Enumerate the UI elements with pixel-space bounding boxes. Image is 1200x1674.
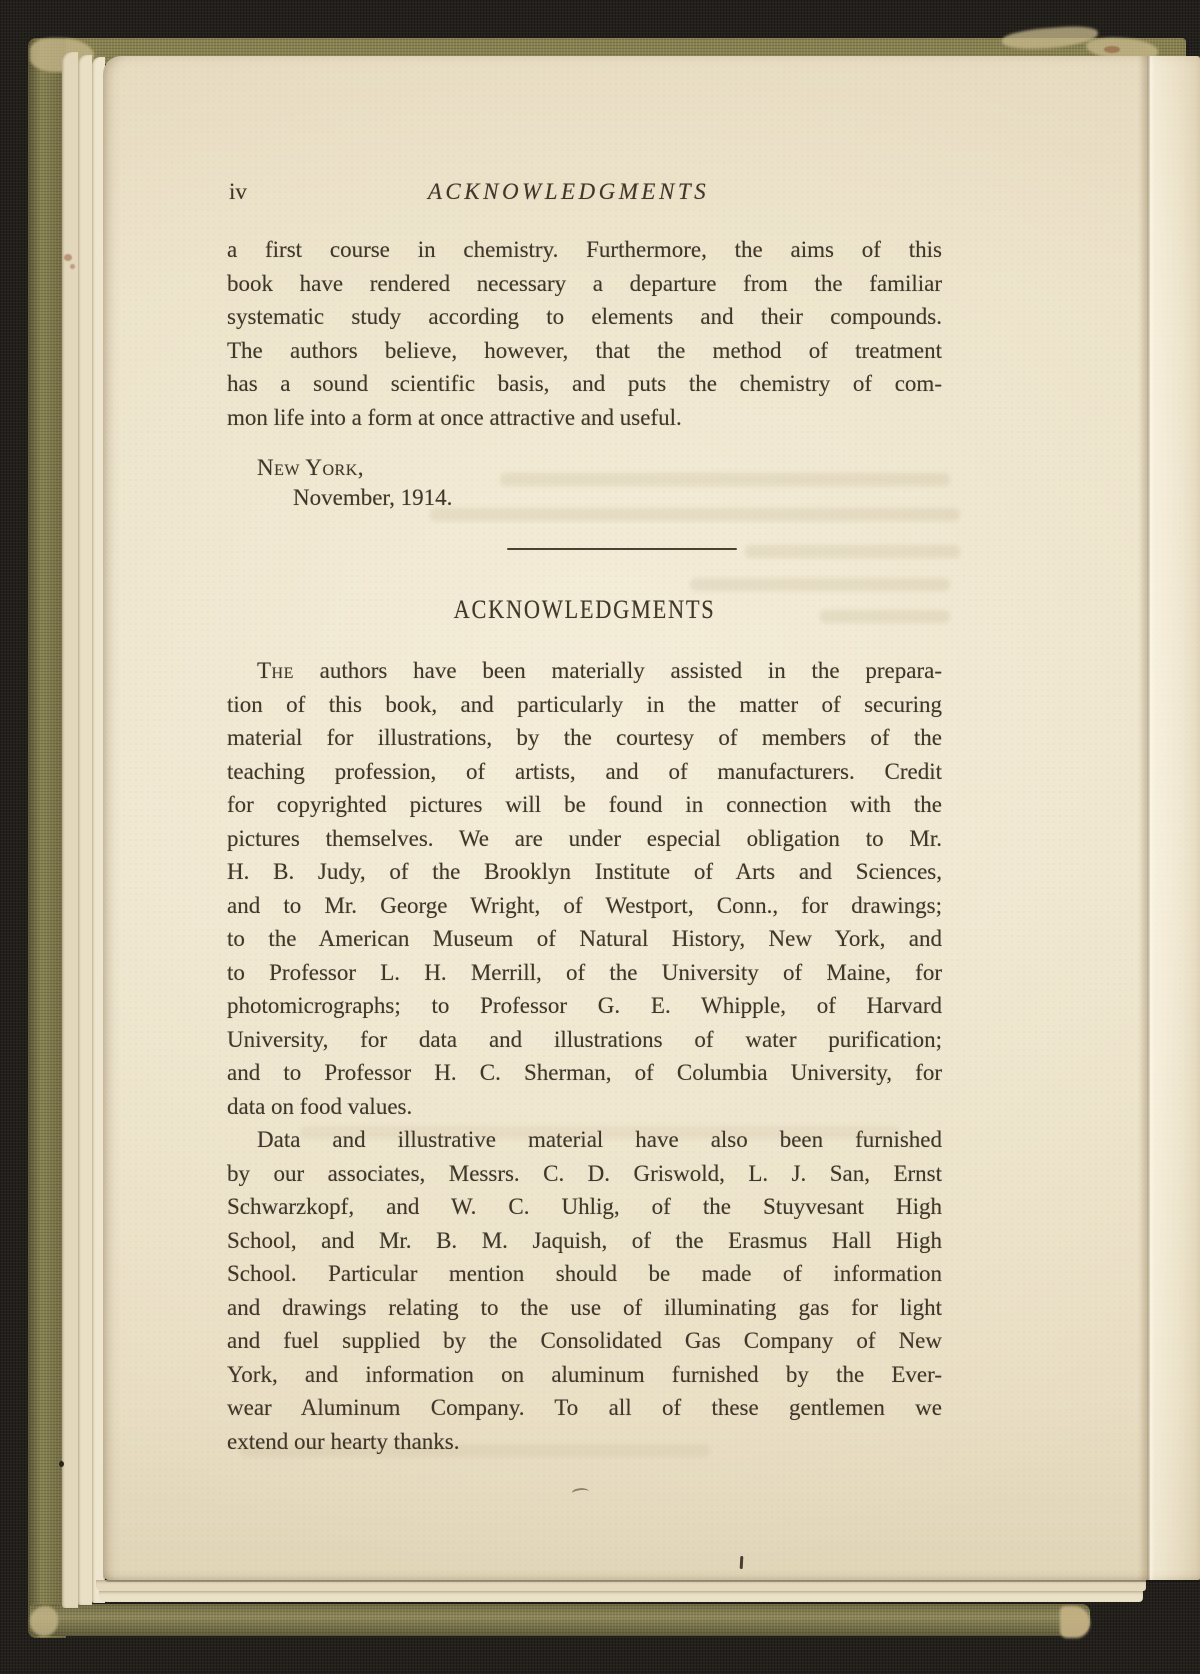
text-line: to the American Museum of Natural Histor… (227, 922, 942, 956)
text-line: School. Particular mention should be mad… (227, 1257, 942, 1291)
text-line: York, and information on aluminum furnis… (227, 1358, 942, 1392)
section-divider-rule (507, 548, 737, 550)
text-line: to Professor L. H. Merrill, of the Unive… (227, 956, 942, 990)
text-line: wear Aluminum Company. To all of these g… (227, 1391, 942, 1425)
gutter-page-band (1150, 56, 1200, 1580)
page-edge-sheet-2 (78, 55, 92, 1605)
text-line: and drawings relating to the use of illu… (227, 1291, 942, 1325)
text-line: H. B. Judy, of the Brooklyn Institute of… (227, 855, 942, 889)
text-line: and fuel supplied by the Consolidated Ga… (227, 1324, 942, 1358)
show-through-text (430, 508, 960, 521)
text-line: University, for data and illustrations o… (227, 1023, 942, 1057)
signature-place: New York, (257, 451, 364, 485)
text-line: data on food values. (227, 1090, 942, 1124)
text-line: The authors believe, however, that the m… (227, 334, 942, 368)
text-line: systematic study according to elements a… (227, 300, 942, 334)
text-line: teaching profession, of artists, and of … (227, 755, 942, 789)
intro-paragraph: a first course in chemistry. Furthermore… (227, 233, 942, 434)
show-through-text (690, 578, 950, 591)
show-through-text (745, 545, 960, 558)
text-line: for copyrighted pictures will be found i… (227, 788, 942, 822)
acknowledgments-body: The authors have been materially assiste… (227, 654, 942, 1458)
ink-speck (59, 1461, 64, 1467)
foxing-spot-2 (70, 264, 75, 269)
foxing-spot (64, 254, 72, 261)
running-title: ACKNOWLEDGMENTS (227, 175, 910, 209)
text-line: extend our hearty thanks. (227, 1425, 942, 1459)
text-line: tion of this book, and particularly in t… (227, 688, 942, 722)
text-line: a first course in chemistry. Furthermore… (227, 233, 942, 267)
text-line: by our associates, Messrs. C. D. Griswol… (227, 1157, 942, 1191)
show-through-text (500, 473, 950, 486)
text-line: School, and Mr. B. M. Jaquish, of the Er… (227, 1224, 942, 1258)
section-heading: ACKNOWLEDGMENTS (277, 594, 892, 626)
ink-tick-mark (740, 1556, 744, 1569)
worn-spot-top-right (1104, 46, 1120, 53)
text-line: photomicrographs; to Professor G. E. Whi… (227, 989, 942, 1023)
running-head: iv ACKNOWLEDGMENTS (227, 175, 942, 209)
page-edge-sheet-1 (62, 52, 78, 1608)
text-line: The authors have been materially assiste… (227, 654, 942, 688)
book-cover-left-edge (28, 38, 66, 1638)
page-edge-bottom-1 (96, 1580, 1146, 1591)
text-line: has a sound scientific basis, and puts t… (227, 367, 942, 401)
text-line: Schwarzkopf, and W. C. Uhlig, of the Stu… (227, 1190, 942, 1224)
torn-cloth-end-bottom (1060, 1606, 1090, 1638)
text-line: pictures themselves. We are under especi… (227, 822, 942, 856)
lead-small-caps: The (257, 658, 294, 683)
page-edge-bottom-2 (99, 1591, 1143, 1602)
text-line: material for illustrations, by the court… (227, 721, 942, 755)
text-line: and to Mr. George Wright, of Westport, C… (227, 889, 942, 923)
frayed-corner-bottom-left (30, 1606, 58, 1636)
text-line: book have rendered necessary a departure… (227, 267, 942, 301)
scanned-book-photo: iv ACKNOWLEDGMENTS a first course in che… (0, 0, 1200, 1674)
gutter-crease (1138, 56, 1154, 1580)
pencil-mark (571, 1486, 589, 1498)
book-cover-bottom-edge (30, 1604, 1090, 1636)
first-line-rest: authors have been materially assisted in… (320, 658, 942, 683)
text-line: and to Professor H. C. Sherman, of Colum… (227, 1056, 942, 1090)
text-line: Data and illustrative material have also… (227, 1123, 942, 1157)
signature-date: November, 1914. (293, 481, 452, 515)
book-page: iv ACKNOWLEDGMENTS a first course in che… (103, 56, 1200, 1580)
text-line: mon life into a form at once attractive … (227, 401, 942, 435)
